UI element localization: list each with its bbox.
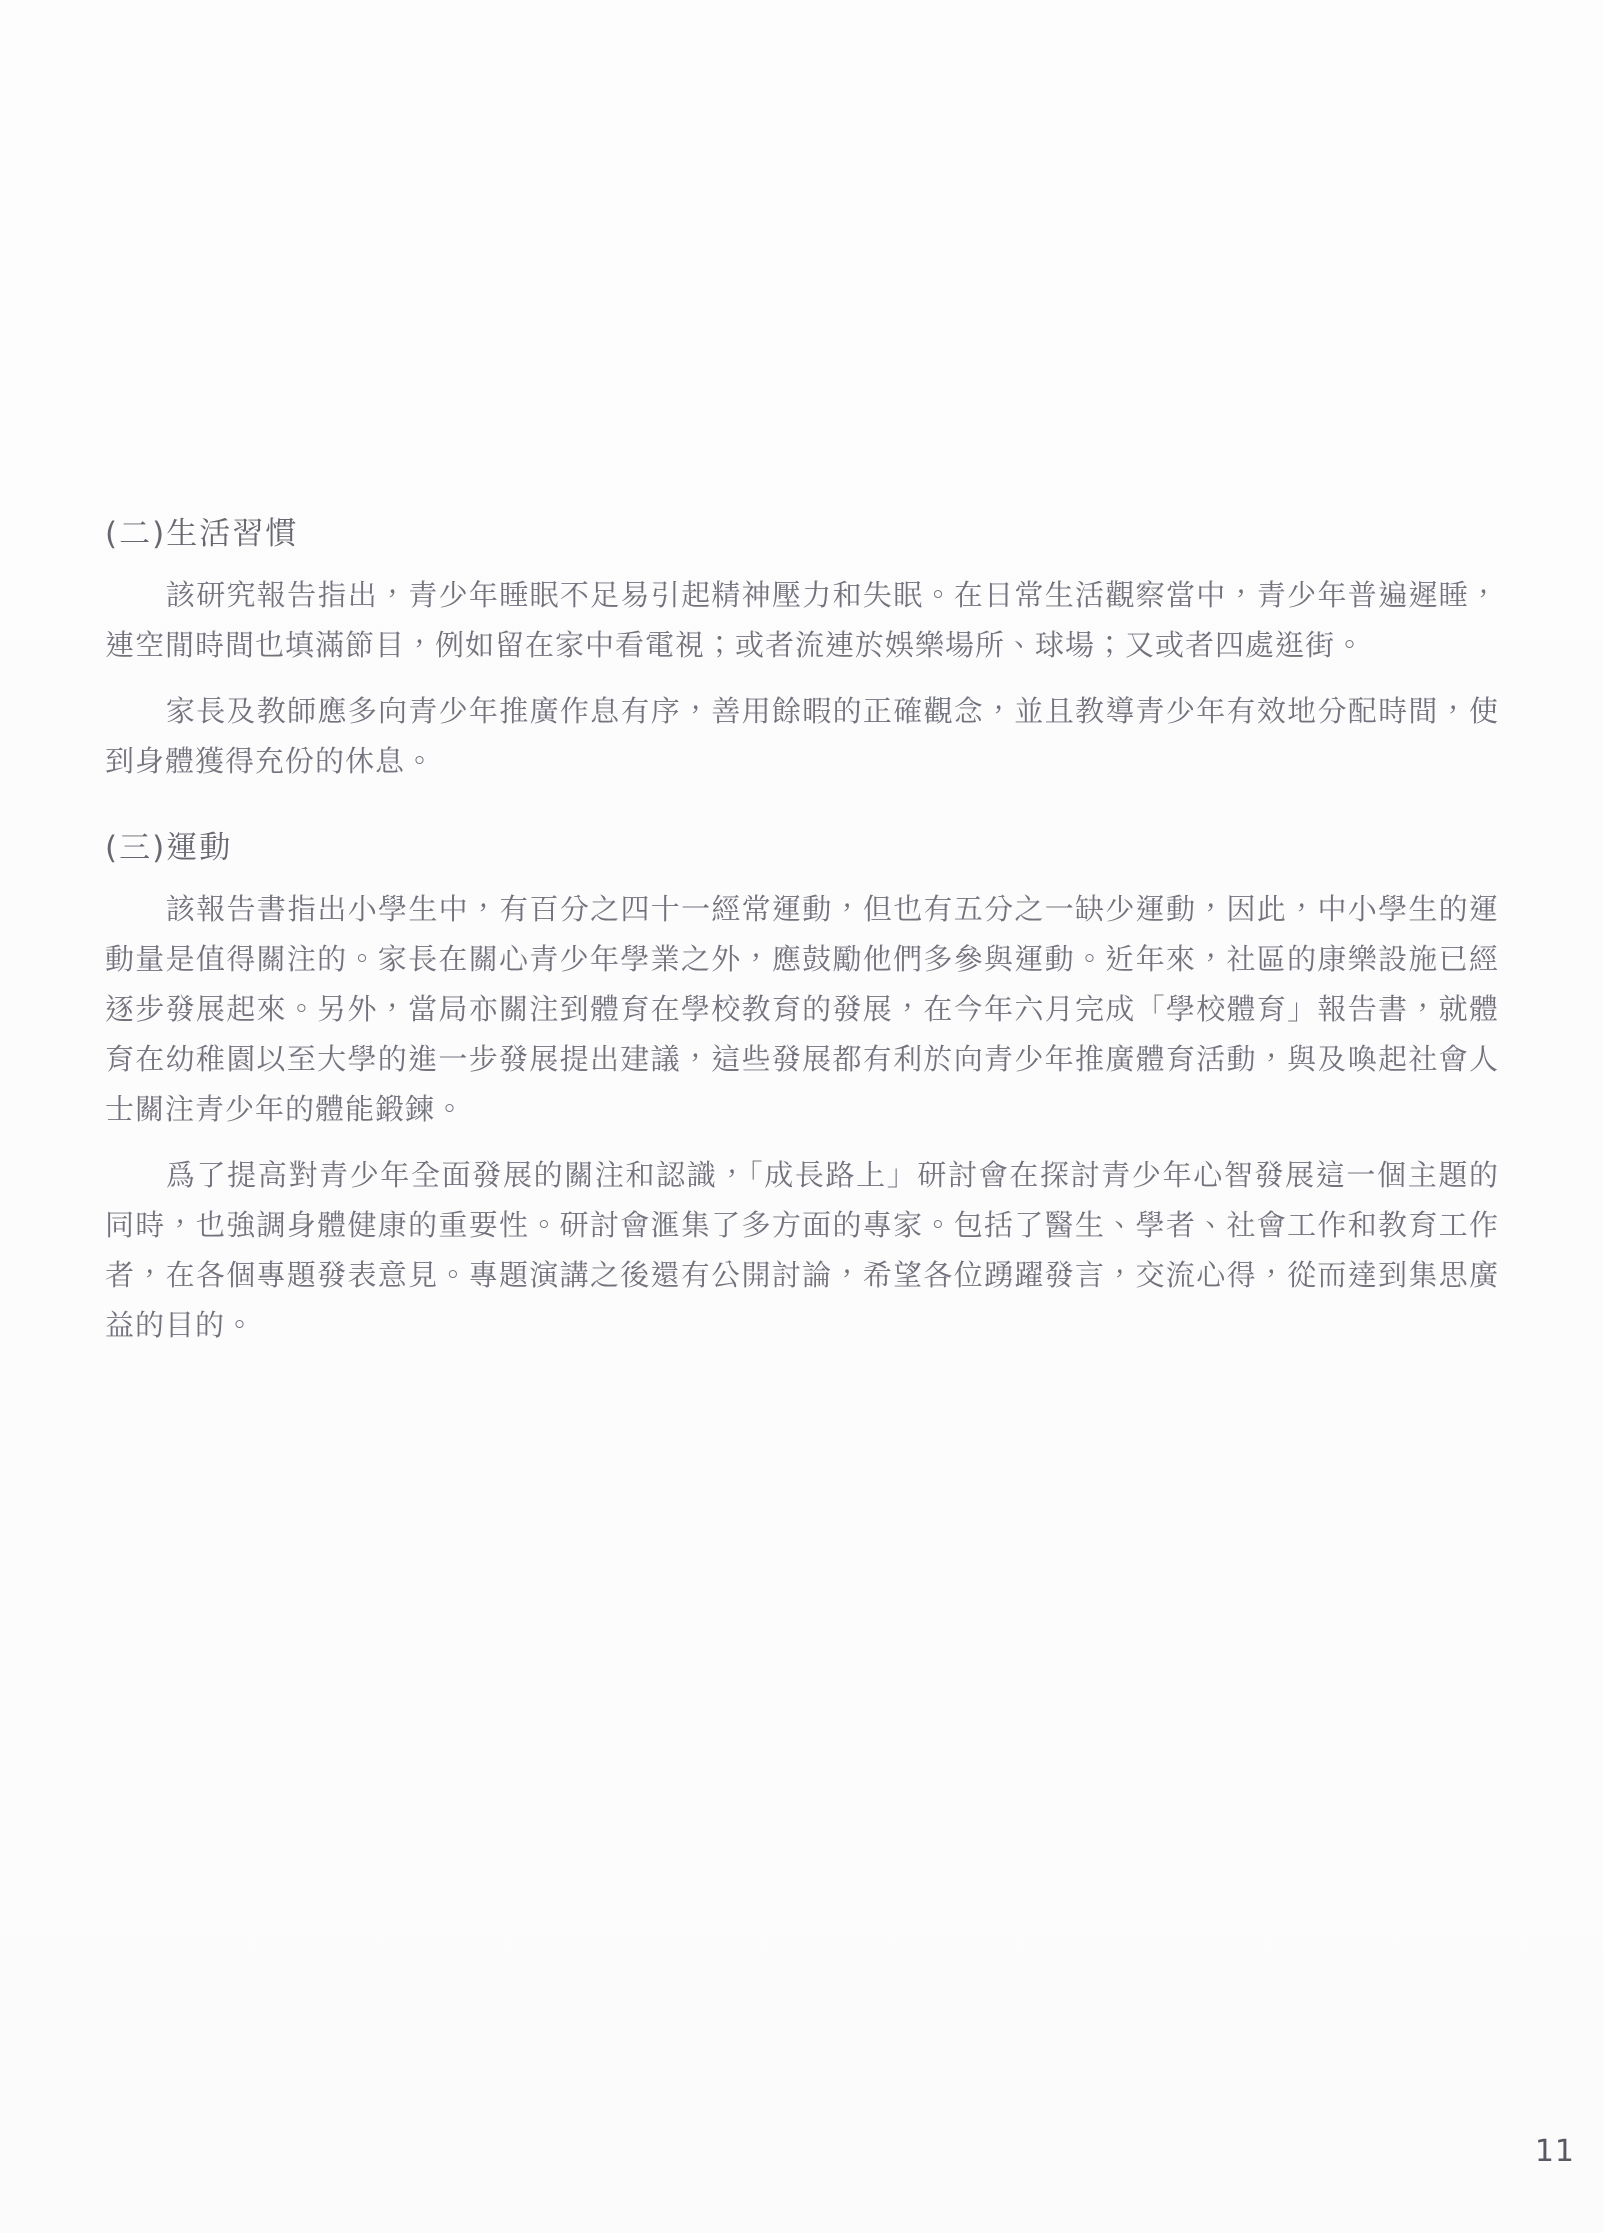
section-exercise: (三)運動 該報告書指出小學生中，有百分之四十一經常運動，但也有五分之一缺少運動… <box>105 826 1499 1350</box>
page-number: 11 <box>1535 2134 1575 2169</box>
document-page: (二)生活習慣 該研究報告指出，青少年睡眠不足易引起精神壓力和失眠。在日常生活觀… <box>0 0 1603 2233</box>
section-heading: (二)生活習慣 <box>105 512 1499 556</box>
paragraph: 爲了提高對青少年全面發展的關注和認識，「成長路上」研討會在探討青少年心智發展這一… <box>105 1150 1499 1350</box>
section-life-habits: (二)生活習慣 該研究報告指出，青少年睡眠不足易引起精神壓力和失眠。在日常生活觀… <box>105 512 1499 786</box>
page-content: (二)生活習慣 該研究報告指出，青少年睡眠不足易引起精神壓力和失眠。在日常生活觀… <box>105 512 1499 1384</box>
section-heading: (三)運動 <box>105 826 1499 870</box>
paragraph: 家長及教師應多向青少年推廣作息有序，善用餘暇的正確觀念，並且教導青少年有效地分配… <box>105 686 1499 786</box>
paragraph: 該報告書指出小學生中，有百分之四十一經常運動，但也有五分之一缺少運動，因此，中小… <box>105 884 1499 1134</box>
paragraph: 該研究報告指出，青少年睡眠不足易引起精神壓力和失眠。在日常生活觀察當中，青少年普… <box>105 570 1499 670</box>
